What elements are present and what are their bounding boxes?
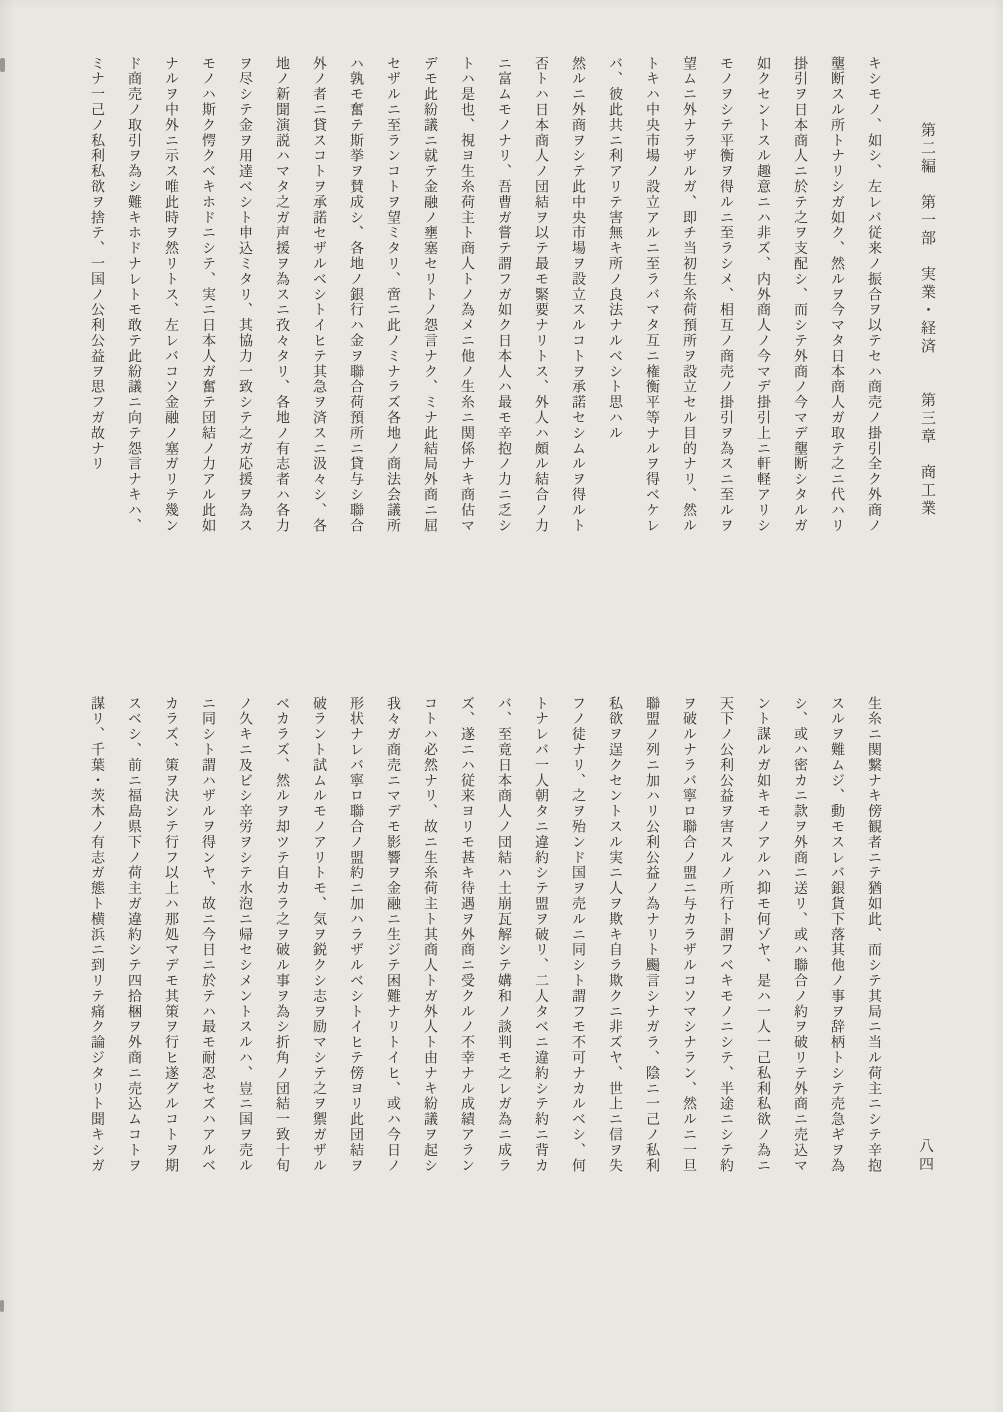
text-line: トナレバ一人朝タニ違約シテ盟ヲ破リ、二人タベニ違約シテ約ニ背カ: [522, 696, 559, 1192]
text-line: ノ久キニ及ビシ辛労ヲシテ水泡ニ帰セシメントスルハ、豈ニ国ヲ売ル: [226, 696, 263, 1192]
text-line: 望ムニ外ナラザルガ、即チ当初生糸荷預所ヲ設立セル目的ナリ、然ル: [670, 56, 707, 548]
text-line: ント謀ルガ如キモノアルハ抑モ何ゾヤ、是ハ一人一己私利私欲ノ為ニ: [744, 696, 781, 1192]
text-line: ヲ尽シテ金ヲ用達ベシト申込ミタリ、其協力一致シテ之ガ応援ヲ為ス: [226, 56, 263, 548]
text-line: ハ孰モ奮テ斯挙ヲ賛成シ、各地ノ銀行ハ金ヲ聯合荷預所ニ貸与シ聯合: [337, 56, 374, 548]
text-line: 形状ナレバ寧ロ聯合ノ盟約ニ加ハラザルベシトイヒテ傍ヨリ此団結ヲ: [337, 696, 374, 1192]
text-block-top: キシモノ、如シ、左レバ従来ノ振合ヲ以テセハ商売ノ掛引全ク外商ノ壟断スル所トナリシ…: [78, 56, 892, 548]
running-header: 第二編 第一部 実業・経済 第三章 商工業: [915, 122, 939, 602]
text-line: セザルニ至ランコトヲ望ミタリ、啻ニ此ノミナラズ各地ノ商法会議所: [374, 56, 411, 548]
text-line: 掛引ヲ日本商人ニ於テ之ヲ支配シ、而シテ外商ノ今マデ壟断シタルガ: [781, 56, 818, 548]
text-line: ベカラズ、然ルヲ却ツテ自カラ之ヲ破ル事ヲ為シ折角ノ団結一致十旬: [263, 696, 300, 1192]
text-line: 聯盟ノ列ニ加ハリ公利公益ノ為ナリト颺言シナガラ、陰ニ一己ノ私利: [633, 696, 670, 1192]
text-line: デモ此紛議ニ就テ金融ノ壅塞セリトノ怨言ナク、ミナ此結局外商ニ屈: [411, 56, 448, 548]
text-line: コトハ必然ナリ、故ニ生糸荷主ト其商人トガ外人ト由ナキ紛議ヲ起シ: [411, 696, 448, 1192]
text-line: バ、至竟日本商人ノ団結ハ土崩瓦解シテ媾和ノ談判モ之レガ為ニ成ラ: [485, 696, 522, 1192]
text-line: バ、彼此共ニ利アリテ害無キ所ノ良法ナルベシト思ハル: [596, 56, 633, 548]
scanned-book-page: 第二編 第一部 実業・経済 第三章 商工業 キシモノ、如シ、左レバ従来ノ振合ヲ以…: [0, 0, 1003, 1412]
scan-edge-mark: [0, 58, 5, 72]
text-line: 壟断スル所トナリシガ如ク、然ルヲ今マタ日本商人ガ取テ之ニ代ハリ: [818, 56, 855, 548]
text-line: スベシ、前ニ福島県下ノ荷主ガ違約シテ四拾梱ヲ外商ニ売込ムコトヲ: [115, 696, 152, 1192]
text-line: ニ同シト謂ハザルヲ得ンヤ、故ニ今日ニ於テハ最モ耐忍セズハアルベ: [189, 696, 226, 1192]
text-line: カラズ、策ヲ決シテ行フ以上ハ那処マデモ其策ヲ行ヒ遂グルコトヲ期: [152, 696, 189, 1192]
text-line: 生糸ニ関繋ナキ傍観者ニテ猶如此、而シテ其局ニ当ル荷主ニシテ辛抱: [855, 696, 892, 1192]
text-line: フノ徒ナリ、之ヲ殆ンド国ヲ売ルニ同シト謂フモ不可ナカルベシ、何: [559, 696, 596, 1192]
text-line: 否トハ日本商人ノ団結ヲ以テ最モ緊要ナリトス、外人ハ頗ル結合ノ力: [522, 56, 559, 548]
text-line: ズ、遂ニハ従来ヨリモ甚キ待遇ヲ外商ニ受クルノ不幸ナル成績アラン: [448, 696, 485, 1192]
text-line: ヲ破ルナラバ寧ロ聯合ノ盟ニ与カラザルコソマシナラン、然ルニ一旦: [670, 696, 707, 1192]
text-line: モノハ斯ク愕クベキホドニシテ、実ニ日本人ガ奮テ団結ノ力アル此如: [189, 56, 226, 548]
text-line: ド商売ノ取引ヲ為シ難キホドナレトモ敢テ此紛議ニ向テ怨言ナキハ、: [115, 56, 152, 548]
text-line: トキハ中央市場ノ設立アルニ至ラバマタ互ニ権衡平等ナルヲ得ベケレ: [633, 56, 670, 548]
text-line: 外ノ者ニ貸スコトヲ承諾セザルベシトイヒテ其急ヲ済スニ汲々シ、各: [300, 56, 337, 548]
text-line: 破ラント試ムルモノアリトモ、気ヲ鋭クシ志ヲ励マシテ之ヲ禦ガザル: [300, 696, 337, 1192]
text-line: 私欲ヲ逞クセントスル実ニ人ヲ欺キ自ラ欺クニ非ズヤ、世上ニ信ヲ失: [596, 696, 633, 1192]
text-line: ナルヲ中外ニ示ス唯此時ヲ然リトス、左レバコソ金融ノ塞ガリテ幾ン: [152, 56, 189, 548]
text-line: トハ是也、視ヨ生糸荷主ト商人トノ為メニ他ノ生糸ニ関係ナキ商估マ: [448, 56, 485, 548]
text-line: シ、或ハ密カニ款ヲ外商ニ送リ、或ハ聯合ノ約ヲ破リテ外商ニ売込マ: [781, 696, 818, 1192]
text-line: 如クセントスル趣意ニハ非ズ、内外商人ノ今マデ掛引上ニ軒軽アリシ: [744, 56, 781, 548]
text-block-bottom: 生糸ニ関繋ナキ傍観者ニテ猶如此、而シテ其局ニ当ル荷主ニシテ辛抱スルヲ難ムジ、動モ…: [78, 696, 892, 1192]
text-line: キシモノ、如シ、左レバ従来ノ振合ヲ以テセハ商売ノ掛引全ク外商ノ: [855, 56, 892, 548]
text-line: 天下ノ公利公益ヲ害スルノ所行ト謂フベキモノニシテ、半途ニシテ約: [707, 696, 744, 1192]
page-number: 八四: [915, 1138, 935, 1198]
text-line: ミナ一己ノ私利私欲ヲ捨テ、一国ノ公利公益ヲ思フガ故ナリ: [78, 56, 115, 548]
text-line: 然ルニ外商ヲシテ此中央市場ヲ設立スルコトヲ承諾セシムルヲ得ルト: [559, 56, 596, 548]
text-line: モノヲシテ平衡ヲ得ルニ至ラシメ、相互ノ商売ノ掛引ヲ為スニ至ルヲ: [707, 56, 744, 548]
text-line: 謀リ、千葉・茨木ノ有志ガ態ト横浜ニ到リテ痛ク論ジタリト聞キシガ: [78, 696, 115, 1192]
text-line: 地ノ新聞演説ハマタ之ガ声援ヲ為スニ孜々タリ、各地ノ有志者ハ各力: [263, 56, 300, 548]
text-line: 我々ガ商売ニマデモ影響ヲ金融ニ生ジテ困難ナリトイヒ、或ハ今日ノ: [374, 696, 411, 1192]
text-line: スルヲ難ムジ、動モスレバ銀貨下落其他ノ事ヲ辞柄トシテ売急ギヲ為: [818, 696, 855, 1192]
scan-edge-mark: [0, 1300, 4, 1312]
text-line: ニ富ムモノナリ、吾曹ガ嘗テ謂フガ如ク日本人ハ最モ辛抱ノ力ニ乏シ: [485, 56, 522, 548]
